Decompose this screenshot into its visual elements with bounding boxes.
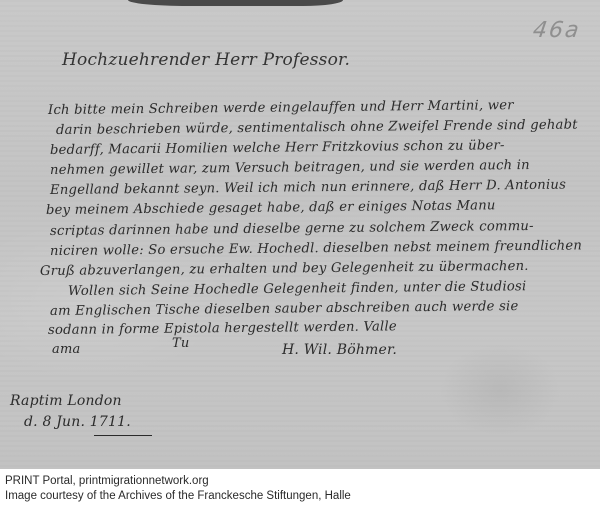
letter-line: darin beschrieben würde, sentimentalisch… — [56, 118, 578, 138]
archive-number: 46a — [531, 18, 582, 43]
letter-line: Wollen sich Seine Hochedle Gelegenheit f… — [68, 279, 527, 299]
letter-line: Ich bitte mein Schreiben werde eingelauf… — [48, 98, 514, 118]
letter-line: scriptas darinnen habe und dieselbe gern… — [50, 219, 534, 239]
date-underline — [94, 435, 152, 436]
letter-line: Gruß abzuverlangen, zu erhalten und bey … — [40, 259, 529, 279]
letter-line: sodann in forme Epistola hergestellt wer… — [48, 319, 397, 338]
caption-credit: Image courtesy of the Archives of the Fr… — [5, 489, 351, 504]
letter-signature: H. Wil. Böhmer. — [282, 342, 397, 358]
letter-closing-mid: Tu — [172, 336, 189, 351]
letter-line: Engelland bekannt seyn. Weil ich mich nu… — [50, 178, 566, 198]
page: 46a Hochzuehrender Herr Professor. Ich b… — [0, 0, 600, 509]
letter-line: nehmen gewillet war, zum Versuch beitrag… — [50, 158, 530, 178]
letter-line: niciren wolle: So ersuche Ew. Hochedl. d… — [50, 238, 582, 259]
letter-date: d. 8 Jun. 1711. — [24, 414, 131, 430]
document-scan: 46a Hochzuehrender Herr Professor. Ich b… — [0, 0, 600, 469]
letter-line: am Englischen Tische dieselben sauber ab… — [50, 299, 519, 319]
letter-place: Raptim London — [10, 393, 122, 409]
letter-closing-left: ama — [52, 342, 80, 357]
letter-line: bedarff, Macarii Homilien welche Herr Fr… — [50, 138, 505, 158]
tape-strip — [128, 0, 343, 6]
letter-salutation: Hochzuehrender Herr Professor. — [62, 50, 350, 70]
caption-source: PRINT Portal, printmigrationnetwork.org — [5, 474, 209, 489]
letter-line: bey meinem Abschiede gesaget habe, daß e… — [46, 198, 496, 218]
